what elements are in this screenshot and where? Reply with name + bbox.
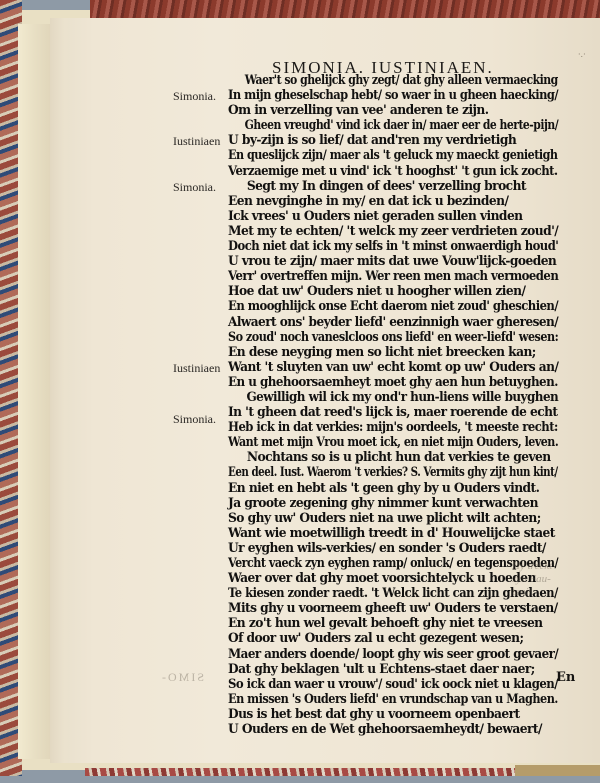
signature-bleed-through: SIMO- xyxy=(160,670,204,685)
verse-line: En missen 's Ouders liefd' en vrundschap… xyxy=(228,692,532,707)
verse-line: So ghy uw' Ouders niet na uwe plicht wil… xyxy=(228,511,558,526)
verse-line: Gheen vreughd' vind ick daer in/ maer ee… xyxy=(228,118,519,133)
verse-line: En zo't hun wel gevalt behoeft ghy niet … xyxy=(228,616,558,631)
verse-line: Mits ghy u voorneem gheeft uw' Ouders te… xyxy=(228,601,557,616)
verse-line: Hoe dat uw' Ouders niet u hoogher willen… xyxy=(228,284,558,299)
speaker-label: Simonia. xyxy=(173,412,216,427)
verse-line: En dese neyging men so licht niet breeck… xyxy=(228,345,558,360)
margin-note-line: teuil. xyxy=(512,586,552,599)
verse-line: Doch niet dat ick my selfs in 't minst o… xyxy=(228,239,540,254)
verse-line: Waer over dat ghy moet voorsichtelyck u … xyxy=(228,571,558,586)
verse-line: In 't gheen dat reed's lijck is, maer ro… xyxy=(228,405,557,420)
verse-line: Te kiesen zonder raedt. 't Welck licht c… xyxy=(228,586,540,601)
verse-line: Om in verzelling van vee' anderen te zij… xyxy=(228,103,558,118)
verse-line: Maer anders doende/ loopt ghy wis seer g… xyxy=(228,647,549,662)
verse-line: Ur eyghen wils-verkies/ en sonder 's Oud… xyxy=(228,541,558,556)
verse-line: Met my te echten/ 't welck my zeer verdr… xyxy=(228,224,558,239)
verse-line: Want 't sluyten van uw' echt komt op uw'… xyxy=(228,360,557,375)
speaker-label: Simonia. xyxy=(173,89,216,104)
verse-line: Alwaert ons' beyder liefd' eenzinnigh wa… xyxy=(228,315,554,330)
verse-line: Segt my In dingen of dees' verzelling br… xyxy=(228,179,558,194)
verse-line: Ick vrees' u Ouders niet geraden sullen … xyxy=(228,209,558,224)
margin-note-line: Hy treckt xyxy=(512,560,552,573)
margin-note-bleed-through: Hy treckt zyn Fau- teuil. xyxy=(512,560,552,599)
verse-line: En niet en hebt als 't geen ghy by u Oud… xyxy=(228,481,558,496)
verse-text: Waer't so ghelijck ghy zegt/ dat ghy all… xyxy=(228,73,578,737)
verse-line: En queslijck zijn/ maer als 't geluck my… xyxy=(228,148,529,163)
speaker-label: Iustiniaen xyxy=(173,134,220,149)
verse-line: En mooghlijck onse Echt daerom niet zoud… xyxy=(228,299,541,314)
page-edge-shadow xyxy=(50,18,74,763)
verse-line: So ick dan waer u vrouw'/ soud' ick oock… xyxy=(228,677,543,692)
verse-line: In mijn gheselschap hebt/ so waer in u g… xyxy=(228,88,537,103)
verse-line: U by-zijn is so lief/ dat and'ren my ver… xyxy=(228,133,558,148)
marbled-paper-top xyxy=(90,0,600,20)
verse-line: Verzaemige met u vind' ick 't hooghst' '… xyxy=(228,164,543,179)
verse-line: Een nevginghe in my/ en dat ick u bezind… xyxy=(228,194,558,209)
margin-note-line: zyn Fau- xyxy=(512,573,552,586)
verse-line: So zoud' noch vaneslcloos ons liefd' en … xyxy=(228,330,530,345)
background-strip xyxy=(0,776,600,783)
verse-line: En u ghehoorsaemheyt moet ghy aen hun be… xyxy=(228,375,549,390)
verse-line: Waer't so ghelijck ghy zegt/ dat ghy all… xyxy=(228,73,521,88)
verse-line: Want wie moetwilligh treedt in d' Houwel… xyxy=(228,526,558,541)
verse-line: Vercht vaeck zyn eyghen ramp/ onluck/ en… xyxy=(228,556,528,571)
verse-line: Gewilligh wil ick my ond'r hun-liens wil… xyxy=(228,390,551,405)
verse-line: Nochtans so is u plicht hun dat verkies … xyxy=(228,450,558,465)
verse-line: U vrou te zijn/ maer mits dat uwe Vouw'l… xyxy=(228,254,558,269)
speaker-label: Simonia. xyxy=(173,180,216,195)
verse-line: U Ouders en de Wet ghehoorsaemheydt/ bew… xyxy=(228,722,558,737)
verse-line: Of door uw' Ouders zal u echt gezegent w… xyxy=(228,631,558,646)
verse-line: Verr' overtreffen mijn. Wer reen men mac… xyxy=(228,269,543,284)
catchword: En xyxy=(556,670,575,685)
verse-line: Een deel. Iust. Waerom 't verkies? S. Ve… xyxy=(228,465,504,480)
verse-line: Heb ick in dat verkies: mijn's oordeels,… xyxy=(228,420,541,435)
corner-mark: ·.· xyxy=(578,50,586,59)
verse-line: Want met mijn Vrou moet ick, en niet mij… xyxy=(228,435,527,450)
speaker-label: Iustiniaen xyxy=(173,361,220,376)
verse-line: Ja groote zegening ghy nimmer kunt verwa… xyxy=(228,496,558,511)
verse-line: Dat ghy beklagen 'ult u Echtens-staet da… xyxy=(228,662,558,677)
verse-line: Dus is het best dat ghy u voorneem openb… xyxy=(228,707,558,722)
